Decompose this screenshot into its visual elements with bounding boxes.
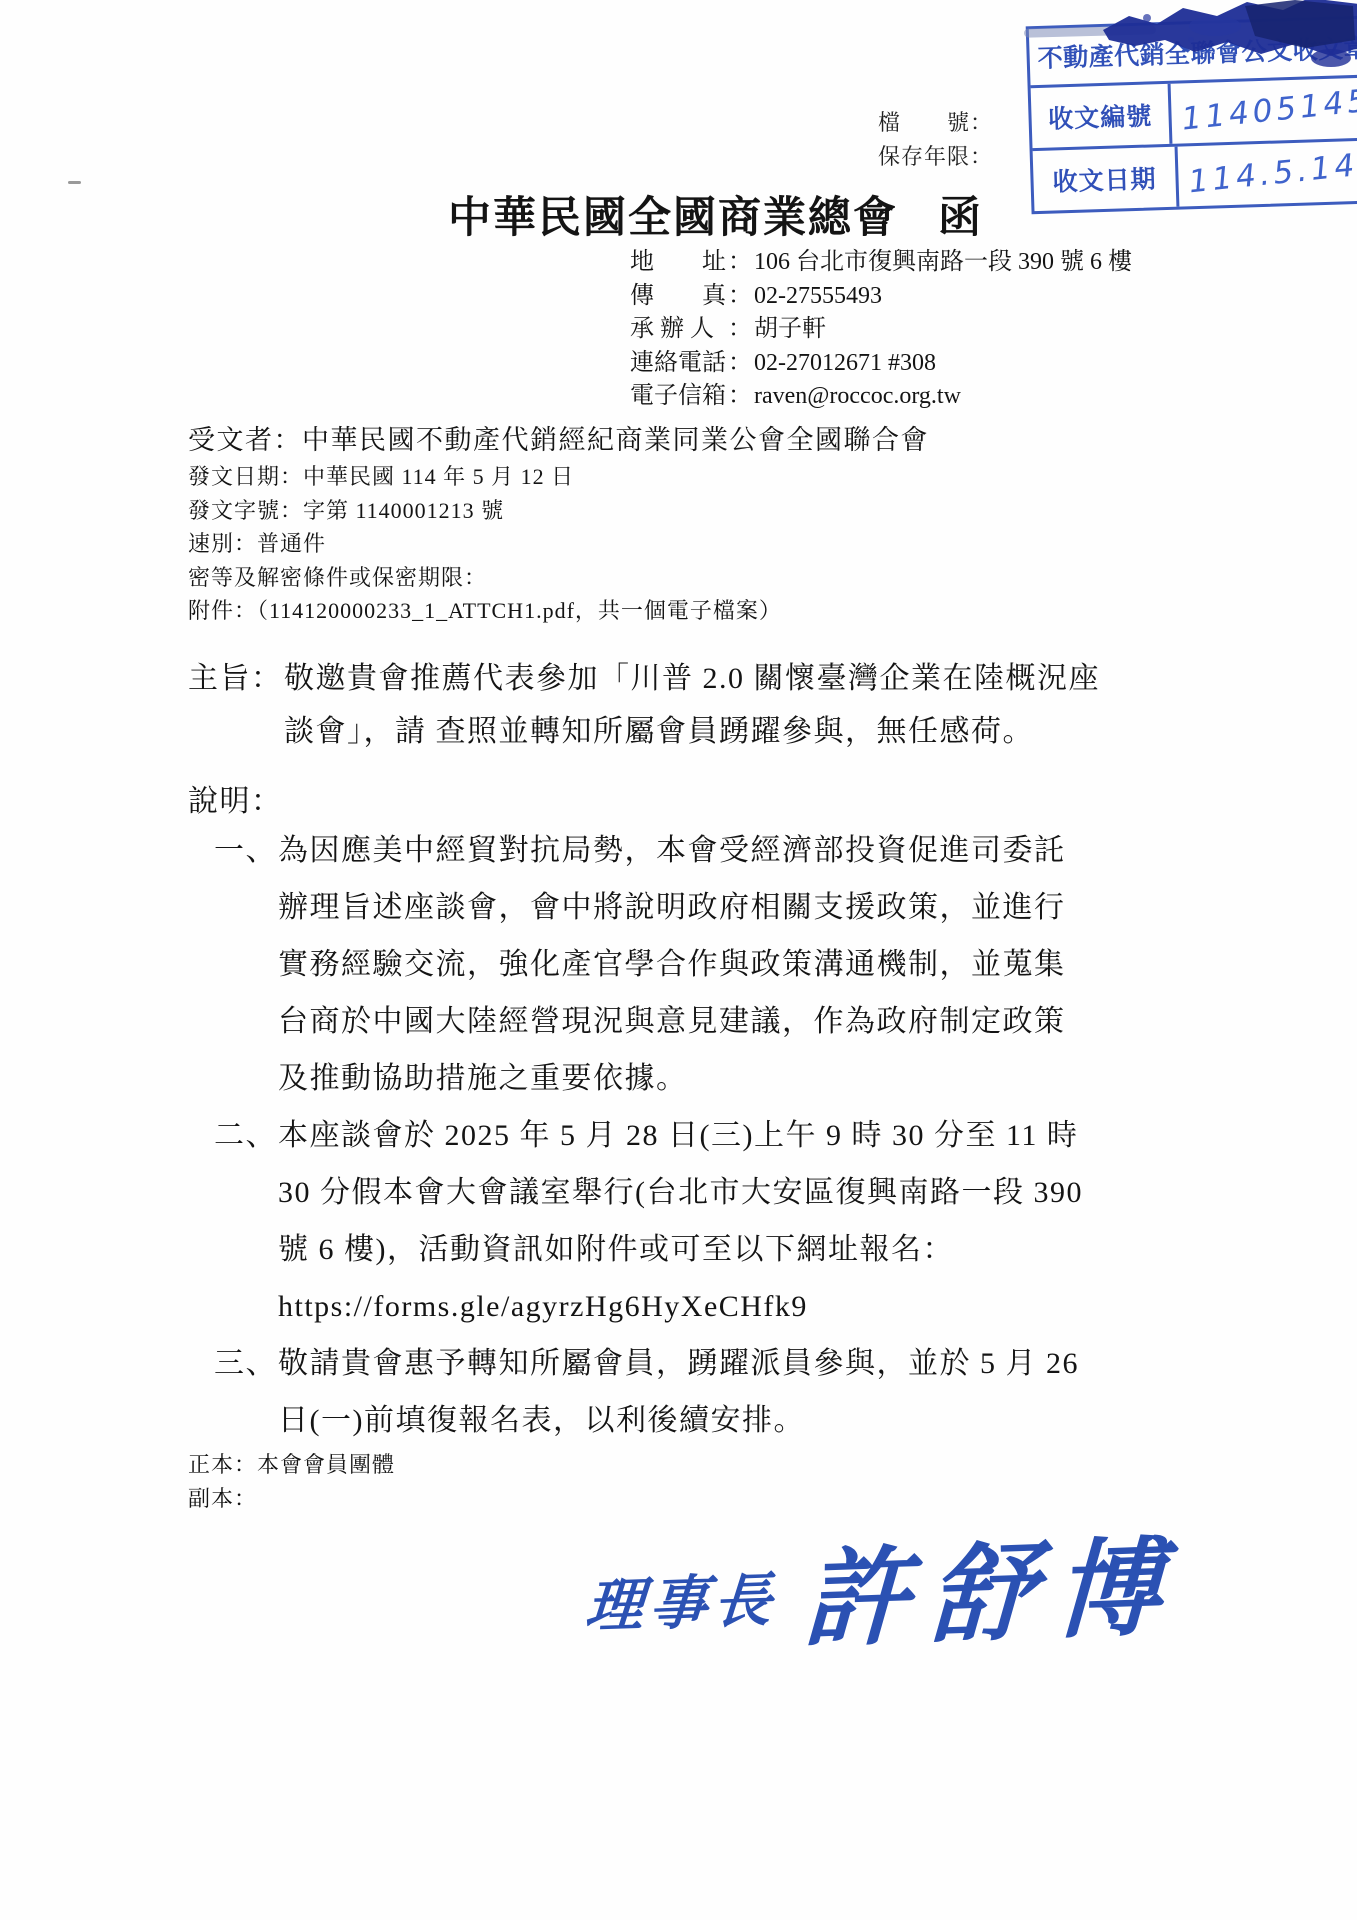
document-title: 中華民國全國商業總會 函	[448, 184, 983, 245]
recipient-label: 受文者：	[188, 425, 302, 455]
phone-value: 02-27012671 #308	[754, 347, 936, 381]
item-text: 本座談會於 2025 年 5 月 28 日(三)上午 9 時 30 分至 11 …	[278, 1107, 1218, 1335]
colon: ：	[728, 246, 752, 280]
phone-label: 連絡電話	[630, 347, 728, 381]
explanation-item-1: 一、 為因應美中經貿對抗局勢，本會受經濟部投資促進司委託 辦理旨述座談會，會中將…	[214, 822, 1224, 1107]
email-value: raven@roccoc.org.tw	[754, 380, 961, 414]
original-copy-line: 正本：本會會員團體	[188, 1452, 395, 1477]
colon: ：	[728, 280, 752, 314]
issue-date-line: 發文日期：中華民國 114 年 5 月 12 日	[188, 464, 574, 489]
colon: ：	[728, 347, 752, 381]
reference-number-line: 發文字號：字第 1140001213 號	[188, 498, 504, 523]
classification-line: 密等及解密條件或保密期限：	[188, 565, 487, 590]
contact-row-address: 地 址：106 台北市復興南路一段 390 號 6 樓	[630, 246, 1132, 280]
copies-block: 正本：本會會員團體 副本：	[188, 1448, 395, 1516]
retention-period-label: 保存年限：	[878, 144, 993, 169]
subject-label: 主旨：	[188, 652, 284, 758]
address-label: 地 址	[630, 246, 728, 280]
chairman-title: 理事長	[582, 1553, 781, 1662]
item-text: 敬請貴會惠予轉知所屬會員，踴躍派員參與，並於 5 月 26 日(一)前填復報名表…	[278, 1335, 1218, 1449]
explanation-item-2: 二、 本座談會於 2025 年 5 月 28 日(三)上午 9 時 30 分至 …	[214, 1107, 1224, 1335]
item-marker: 二、	[214, 1107, 278, 1335]
chairman-signature: 理事長 許舒博	[583, 1535, 1182, 1662]
contact-row-fax: 傳 真：02-27555493	[630, 280, 1132, 314]
explanation-items: 一、 為因應美中經貿對抗局勢，本會受經濟部投資促進司委託 辦理旨述座談會，會中將…	[214, 822, 1224, 1449]
attachment-line: 附件：（114120000233_1_ATTCH1.pdf，共一個電子檔案）	[188, 598, 782, 623]
cc-copy-line: 副本：	[188, 1486, 257, 1511]
explanation-item-3: 三、 敬請貴會惠予轉知所屬會員，踴躍派員參與，並於 5 月 26 日(一)前填復…	[214, 1335, 1224, 1449]
receipt-number-label: 收文編號	[1031, 84, 1173, 148]
item-marker: 一、	[214, 822, 278, 1107]
ink-blot	[1095, 0, 1357, 91]
chairman-name: 許舒博	[801, 1535, 1182, 1654]
fax-label: 傳 真	[630, 280, 728, 314]
organization-name: 中華民國全國商業總會	[448, 184, 898, 245]
colon: ：	[728, 380, 752, 414]
handler-label: 承 辦 人	[630, 313, 728, 347]
contact-row-phone: 連絡電話：02-27012671 #308	[630, 347, 1132, 381]
recipient-value: 中華民國不動產代銷經紀商業同業公會全國聯合會	[302, 425, 929, 455]
priority-line: 速別：普通件	[188, 531, 326, 556]
metadata-block: 發文日期：中華民國 114 年 5 月 12 日 發文字號：字第 1140001…	[188, 460, 782, 628]
file-number-label: 檔 號：	[878, 110, 993, 135]
scan-artifact-dash	[68, 181, 81, 184]
address-value: 106 台北市復興南路一段 390 號 6 樓	[754, 246, 1132, 280]
fax-value: 02-27555493	[754, 280, 882, 314]
contact-row-handler: 承 辦 人：胡子軒	[630, 313, 1132, 347]
handler-value: 胡子軒	[754, 313, 826, 347]
contact-block: 地 址：106 台北市復興南路一段 390 號 6 樓 傳 真：02-27555…	[630, 246, 1132, 414]
receipt-date-label: 收文日期	[1033, 147, 1180, 212]
colon: ：	[728, 313, 752, 347]
archival-labels: 檔 號： 保存年限：	[878, 106, 993, 174]
email-label: 電子信箱	[630, 380, 728, 414]
item-text: 為因應美中經貿對抗局勢，本會受經濟部投資促進司委託 辦理旨述座談會，會中將說明政…	[278, 822, 1218, 1107]
document-type: 函	[938, 184, 983, 245]
explanation-label: 說明：	[188, 776, 283, 820]
subject-block: 主旨： 敬邀貴會推薦代表參加「川普 2.0 關懷臺灣企業在陸概況座 談會」，請 …	[188, 652, 1244, 758]
contact-row-email: 電子信箱：raven@roccoc.org.tw	[630, 380, 1132, 414]
item-marker: 三、	[214, 1335, 278, 1449]
scanned-official-letter: 檔 號： 保存年限： 不動產代銷全聯會公文收文章 收文編號 11405145 收…	[0, 0, 1357, 1920]
recipient-line: 受文者：中華民國不動產代銷經紀商業同業公會全國聯合會	[188, 418, 929, 457]
subject-text: 敬邀貴會推薦代表參加「川普 2.0 關懷臺灣企業在陸概況座 談會」，請 查照並轉…	[284, 652, 1244, 758]
